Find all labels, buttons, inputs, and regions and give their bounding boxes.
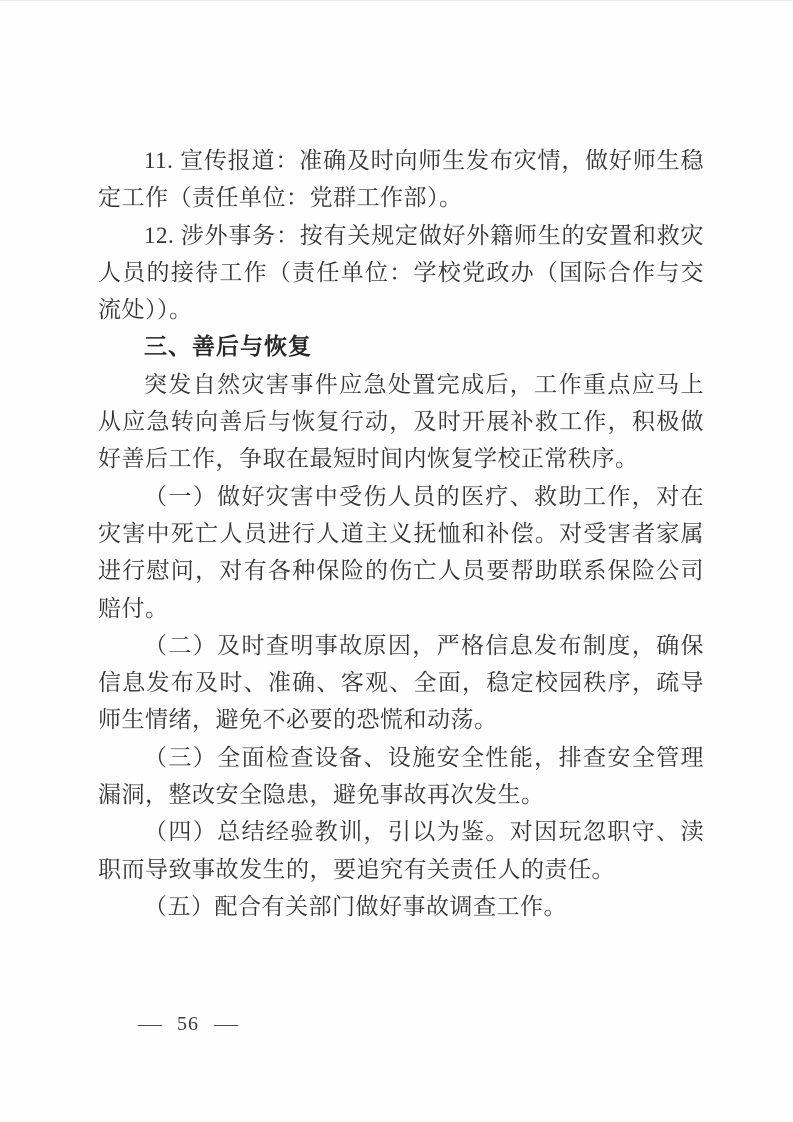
- document-page: 11. 宣传报道：准确及时向师生发布灾情，做好师生稳定工作（责任单位：党群工作部…: [0, 0, 793, 1122]
- paragraph-item-12: 12. 涉外事务：按有关规定做好外籍师生的安置和救灾人员的接待工作（责任单位：学…: [98, 217, 704, 329]
- document-body: 11. 宣传报道：准确及时向师生发布灾情，做好师生稳定工作（责任单位：党群工作部…: [98, 142, 704, 925]
- paragraph-intro: 突发自然灾害事件应急处置完成后，工作重点应马上从应急转向善后与恢复行动，及时开展…: [98, 366, 704, 478]
- paragraph-item-1: （一）做好灾害中受伤人员的医疗、救助工作，对在灾害中死亡人员进行人道主义抚恤和补…: [98, 478, 704, 627]
- paragraph-item-4: （四）总结经验教训，引以为鉴。对因玩忽职守、渎职而导致事故发生的，要追究有关责任…: [98, 813, 704, 888]
- paragraph-item-5: （五）配合有关部门做好事故调查工作。: [98, 888, 704, 925]
- section-heading-aftermath-recovery: 三、善后与恢复: [98, 328, 704, 365]
- page-footer: — 56 —: [136, 1013, 240, 1036]
- paragraph-item-2: （二）及时查明事故原因，严格信息发布制度，确保信息发布及时、准确、客观、全面，稳…: [98, 627, 704, 739]
- footer-left-dash: —: [138, 1013, 162, 1036]
- paragraph-item-11: 11. 宣传报道：准确及时向师生发布灾情，做好师生稳定工作（责任单位：党群工作部…: [98, 142, 704, 217]
- page-number: 56: [177, 1013, 199, 1036]
- footer-right-dash: —: [214, 1013, 238, 1036]
- paragraph-item-3: （三）全面检查设备、设施安全性能，排查安全管理漏洞，整改安全隐患，避免事故再次发…: [98, 739, 704, 814]
